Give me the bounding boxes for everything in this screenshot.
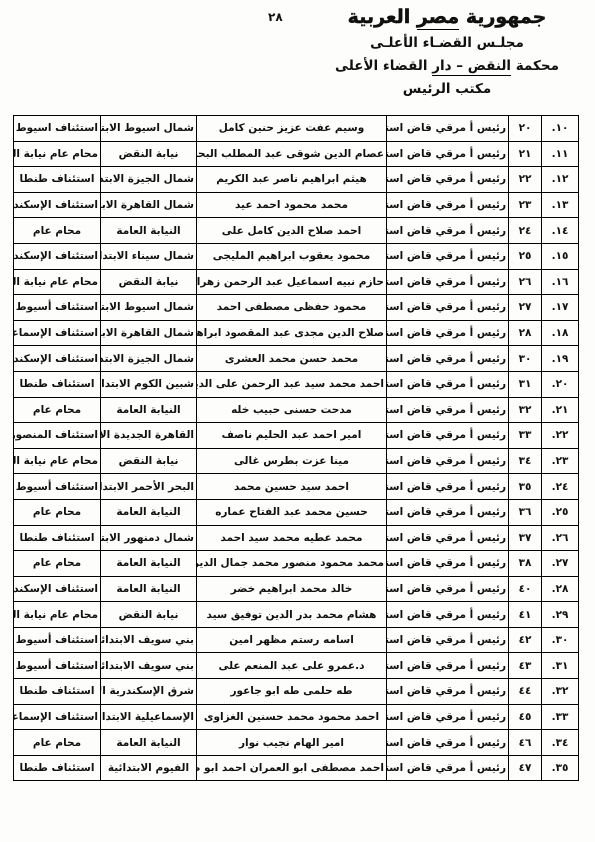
current-court-cell: نيابة النقض <box>101 448 197 474</box>
table-row: ١٢.٢٢رئيس أ مرقي قاض استئنافهيثم ابراهيم… <box>14 167 579 193</box>
serial-number-cell: ٢٠ <box>509 116 542 142</box>
assignment-cell: محام عام نيابة النقض <box>14 448 101 474</box>
current-court-cell: شمال الجيزة الابتدائية <box>101 346 197 372</box>
judges-table-body: ١٠.٢٠رئيس أ مرقي قاض استئنافوسيم عفت عزي… <box>14 116 579 781</box>
assignment-cell: استئناف طنطا <box>14 755 101 781</box>
table-row: ١٦.٢٦رئيس أ مرقي قاض استئنافحازم نبيه اس… <box>14 269 579 295</box>
rank-cell: رئيس أ مرقي قاض استئناف <box>387 474 509 500</box>
judge-name-cell: احمد محمود محمد حسنين الغزاوى <box>197 704 387 730</box>
assignment-cell: محام عام نيابة النقض <box>14 269 101 295</box>
row-number-cell: ١٥. <box>542 243 579 269</box>
document-page: ٢٨ جمهورية مصر العربية مجلـس القضـاء الأ… <box>0 0 595 842</box>
court-line-underlined: النقض – دار <box>432 58 511 76</box>
rank-cell: رئيس أ مرقي قاض استئناف <box>387 755 509 781</box>
court-line-part: القضاء الأعلى <box>335 58 432 74</box>
rank-cell: رئيس أ مرقي قاض استئناف <box>387 499 509 525</box>
row-number-cell: ٣٣. <box>542 704 579 730</box>
rank-cell: رئيس أ مرقي قاض استئناف <box>387 525 509 551</box>
judge-name-cell: محمود يعقوب ابراهيم المليجى <box>197 243 387 269</box>
current-court-cell: شمال سيناء الابتدائية <box>101 243 197 269</box>
row-number-cell: ٢٦. <box>542 525 579 551</box>
assignment-cell: محام عام <box>14 218 101 244</box>
assignment-cell: استئناف الإسكندرية <box>14 192 101 218</box>
table-row: ٣٢.٤٤رئيس أ مرقي قاض استئنافطه حلمى طه ا… <box>14 679 579 705</box>
republic-title-underlined: مصر <box>417 6 459 30</box>
row-number-cell: ١٨. <box>542 320 579 346</box>
table-row: ٢٢.٣٣رئيس أ مرقي قاض استئنافامير احمد عب… <box>14 423 579 449</box>
table-row: ١٣.٢٣رئيس أ مرقي قاض استئنافمحمد محمود ا… <box>14 192 579 218</box>
assignment-cell: محام عام نيابة النقض <box>14 602 101 628</box>
judge-name-cell: محمد محمود منصور محمد جمال الدين احمد <box>197 551 387 577</box>
row-number-cell: ١٦. <box>542 269 579 295</box>
judge-name-cell: حازم نبيه اسماعيل عبد الرحمن زهران <box>197 269 387 295</box>
assignment-cell: استئناف الإسكندرية <box>14 243 101 269</box>
current-court-cell: شبين الكوم الابتدائية <box>101 371 197 397</box>
rank-cell: رئيس أ مرقي قاض استئناف <box>387 269 509 295</box>
row-number-cell: ٢٠. <box>542 371 579 397</box>
office-line: مكتب الرئيس <box>313 81 581 97</box>
rank-cell: رئيس أ مرقي قاض استئناف <box>387 371 509 397</box>
judge-name-cell: احمد سيد حسين محمد <box>197 474 387 500</box>
judge-name-cell: صلاح الدين مجدى عبد المقصود ابراهيم الشا… <box>197 320 387 346</box>
judge-name-cell: هشام محمد بدر الدين توفيق سيد <box>197 602 387 628</box>
serial-number-cell: ٢٧ <box>509 295 542 321</box>
document-header: جمهورية مصر العربية مجلـس القضـاء الأعلـ… <box>313 6 581 97</box>
serial-number-cell: ٣٨ <box>509 551 542 577</box>
serial-number-cell: ٣٥ <box>509 474 542 500</box>
assignment-cell: استئناف طنطا <box>14 679 101 705</box>
judge-name-cell: حسين محمد عبد الفتاح عماره <box>197 499 387 525</box>
row-number-cell: ٣٥. <box>542 755 579 781</box>
serial-number-cell: ٤٥ <box>509 704 542 730</box>
table-row: ٢٣.٣٤رئيس أ مرقي قاض استئنافمينا عزت بطر… <box>14 448 579 474</box>
judge-name-cell: محمود حفظى مصطفى احمد <box>197 295 387 321</box>
assignment-cell: محام عام نيابة النقض <box>14 141 101 167</box>
assignment-cell: محام عام <box>14 551 101 577</box>
row-number-cell: ٣٢. <box>542 679 579 705</box>
current-court-cell: بني سويف الابتدائية <box>101 627 197 653</box>
rank-cell: رئيس أ مرقي قاض استئناف <box>387 167 509 193</box>
judge-name-cell: عصام الدين شوقى عبد المطلب البحراوى <box>197 141 387 167</box>
current-court-cell: نيابة النقض <box>101 269 197 295</box>
current-court-cell: النيابة العامة <box>101 730 197 756</box>
current-court-cell: نيابة النقض <box>101 141 197 167</box>
serial-number-cell: ٣٣ <box>509 423 542 449</box>
assignment-cell: استئناف الإسماعيلية <box>14 320 101 346</box>
table-row: ٢٥.٣٦رئيس أ مرقي قاض استئنافحسين محمد عب… <box>14 499 579 525</box>
judge-name-cell: وسيم عفت عزيز حنين كامل <box>197 116 387 142</box>
row-number-cell: ١١. <box>542 141 579 167</box>
current-court-cell: شرق الإسكندرية الابتدائية <box>101 679 197 705</box>
serial-number-cell: ٣١ <box>509 371 542 397</box>
assignment-cell: استئناف اسيوط <box>14 116 101 142</box>
rank-cell: رئيس أ مرقي قاض استئناف <box>387 116 509 142</box>
row-number-cell: ٣٠. <box>542 627 579 653</box>
assignment-cell: استئناف الإسكندرية <box>14 576 101 602</box>
rank-cell: رئيس أ مرقي قاض استئناف <box>387 704 509 730</box>
row-number-cell: ٢٢. <box>542 423 579 449</box>
republic-title-part: العربية <box>348 6 417 28</box>
rank-cell: رئيس أ مرقي قاض استئناف <box>387 730 509 756</box>
table-row: ١١.٢١رئيس أ مرقي قاض استئنافعصام الدين ش… <box>14 141 579 167</box>
assignment-cell: استئناف أسيوط <box>14 295 101 321</box>
row-number-cell: ٢١. <box>542 397 579 423</box>
assignment-cell: استئناف الإسكندرية <box>14 346 101 372</box>
current-court-cell: نيابة النقض <box>101 602 197 628</box>
current-court-cell: النيابة العامة <box>101 576 197 602</box>
table-row: ١٨.٢٨رئيس أ مرقي قاض استئنافصلاح الدين م… <box>14 320 579 346</box>
current-court-cell: شمال اسيوط الابتدائية <box>101 116 197 142</box>
judge-name-cell: خالد محمد ابراهيم خضر <box>197 576 387 602</box>
assignment-cell: محام عام <box>14 499 101 525</box>
republic-title: جمهورية مصر العربية <box>313 6 581 28</box>
judge-name-cell: محمد حسن محمد العشرى <box>197 346 387 372</box>
council-line: مجلـس القضـاء الأعلـى <box>313 35 581 51</box>
row-number-cell: ٢٤. <box>542 474 579 500</box>
republic-title-part: جمهورية <box>459 6 546 28</box>
serial-number-cell: ٤٠ <box>509 576 542 602</box>
table-row: ٢٩.٤١رئيس أ مرقي قاض استئنافهشام محمد بد… <box>14 602 579 628</box>
judge-name-cell: مدحت حسنى حبيب خله <box>197 397 387 423</box>
serial-number-cell: ٤٤ <box>509 679 542 705</box>
rank-cell: رئيس أ مرقي قاض استئناف <box>387 295 509 321</box>
table-row: ٢٤.٣٥رئيس أ مرقي قاض استئنافاحمد سيد حسي… <box>14 474 579 500</box>
rank-cell: رئيس أ مرقي قاض استئناف <box>387 551 509 577</box>
serial-number-cell: ٢٤ <box>509 218 542 244</box>
current-court-cell: النيابة العامة <box>101 218 197 244</box>
judge-name-cell: اسامه رستم مظهر امين <box>197 627 387 653</box>
judge-name-cell: محمد عطيه محمد سيد احمد <box>197 525 387 551</box>
table-row: ١٧.٢٧رئيس أ مرقي قاض استئنافمحمود حفظى م… <box>14 295 579 321</box>
serial-number-cell: ٤٦ <box>509 730 542 756</box>
current-court-cell: النيابة العامة <box>101 551 197 577</box>
page-number: ٢٨ <box>268 10 283 24</box>
rank-cell: رئيس أ مرقي قاض استئناف <box>387 627 509 653</box>
row-number-cell: ١٧. <box>542 295 579 321</box>
current-court-cell: شمال القاهرة الابتدائية <box>101 320 197 346</box>
table-row: ٣٣.٤٥رئيس أ مرقي قاض استئنافاحمد محمود م… <box>14 704 579 730</box>
serial-number-cell: ٣٦ <box>509 499 542 525</box>
table-row: ٣٠.٤٢رئيس أ مرقي قاض استئنافاسامه رستم م… <box>14 627 579 653</box>
row-number-cell: ٢٩. <box>542 602 579 628</box>
assignment-cell: استئناف طنطا <box>14 525 101 551</box>
current-court-cell: القاهرة الجديدة الابتدائية <box>101 423 197 449</box>
serial-number-cell: ٤٣ <box>509 653 542 679</box>
judge-name-cell: امير احمد عبد الحليم ناصف <box>197 423 387 449</box>
rank-cell: رئيس أ مرقي قاض استئناف <box>387 448 509 474</box>
court-line-part: محكمة <box>511 58 559 74</box>
serial-number-cell: ٤٧ <box>509 755 542 781</box>
table-row: ٣٤.٤٦رئيس أ مرقي قاض استئنافامير الهام ن… <box>14 730 579 756</box>
assignment-cell: استئناف أسيوط <box>14 627 101 653</box>
rank-cell: رئيس أ مرقي قاض استئناف <box>387 423 509 449</box>
current-court-cell: شمال اسيوط الابتدائية <box>101 295 197 321</box>
rank-cell: رئيس أ مرقي قاض استئناف <box>387 679 509 705</box>
judges-table: ١٠.٢٠رئيس أ مرقي قاض استئنافوسيم عفت عزي… <box>13 115 579 781</box>
judge-name-cell: هيثم ابراهيم ناصر عبد الكريم <box>197 167 387 193</box>
rank-cell: رئيس أ مرقي قاض استئناف <box>387 243 509 269</box>
assignment-cell: استئناف طنطا <box>14 167 101 193</box>
judge-name-cell: مينا عزت بطرس غالى <box>197 448 387 474</box>
row-number-cell: ٢٨. <box>542 576 579 602</box>
row-number-cell: ١٠. <box>542 116 579 142</box>
current-court-cell: بني سويف الابتدائية <box>101 653 197 679</box>
serial-number-cell: ٢٢ <box>509 167 542 193</box>
assignment-cell: استئناف المنصورة <box>14 423 101 449</box>
rank-cell: رئيس أ مرقي قاض استئناف <box>387 397 509 423</box>
table-row: ٢١.٣٢رئيس أ مرقي قاض استئنافمدحت حسنى حب… <box>14 397 579 423</box>
assignment-cell: محام عام <box>14 397 101 423</box>
serial-number-cell: ٣٠ <box>509 346 542 372</box>
row-number-cell: ٢٥. <box>542 499 579 525</box>
judge-name-cell: طه حلمى طه ابو جاعور <box>197 679 387 705</box>
table-row: ١٩.٣٠رئيس أ مرقي قاض استئنافمحمد حسن محم… <box>14 346 579 372</box>
table-row: ١٠.٢٠رئيس أ مرقي قاض استئنافوسيم عفت عزي… <box>14 116 579 142</box>
rank-cell: رئيس أ مرقي قاض استئناف <box>387 192 509 218</box>
serial-number-cell: ٣٧ <box>509 525 542 551</box>
judge-name-cell: د.عمرو على عبد المنعم على <box>197 653 387 679</box>
table-row: ٣١.٤٣رئيس أ مرقي قاض استئنافد.عمرو على ع… <box>14 653 579 679</box>
rank-cell: رئيس أ مرقي قاض استئناف <box>387 141 509 167</box>
table-row: ٢٧.٣٨رئيس أ مرقي قاض استئنافمحمد محمود م… <box>14 551 579 577</box>
row-number-cell: ٢٧. <box>542 551 579 577</box>
current-court-cell: البحر الأحمر الابتدائية <box>101 474 197 500</box>
rank-cell: رئيس أ مرقي قاض استئناف <box>387 218 509 244</box>
rank-cell: رئيس أ مرقي قاض استئناف <box>387 576 509 602</box>
current-court-cell: الإسماعيلية الابتدائية <box>101 704 197 730</box>
serial-number-cell: ٢١ <box>509 141 542 167</box>
row-number-cell: ١٢. <box>542 167 579 193</box>
assignment-cell: محام عام <box>14 730 101 756</box>
current-court-cell: النيابة العامة <box>101 499 197 525</box>
table-row: ٢٠.٣١رئيس أ مرقي قاض استئنافاحمد محمد سي… <box>14 371 579 397</box>
assignment-cell: استئناف طنطا <box>14 371 101 397</box>
rank-cell: رئيس أ مرقي قاض استئناف <box>387 346 509 372</box>
current-court-cell: شمال الجيزة الابتدائية <box>101 167 197 193</box>
serial-number-cell: ٢٥ <box>509 243 542 269</box>
table-row: ٢٦.٣٧رئيس أ مرقي قاض استئنافمحمد عطيه مح… <box>14 525 579 551</box>
judge-name-cell: محمد محمود احمد عيد <box>197 192 387 218</box>
assignment-cell: استئناف أسيوط منتدب <box>14 653 101 679</box>
row-number-cell: ٣١. <box>542 653 579 679</box>
table-row: ١٥.٢٥رئيس أ مرقي قاض استئنافمحمود يعقوب … <box>14 243 579 269</box>
serial-number-cell: ٣٤ <box>509 448 542 474</box>
serial-number-cell: ٤١ <box>509 602 542 628</box>
assignment-cell: استئناف الإسماعيلية <box>14 704 101 730</box>
assignment-cell: استئناف أسيوط <box>14 474 101 500</box>
serial-number-cell: ٢٦ <box>509 269 542 295</box>
current-court-cell: شمال دمنهور الابتدائية <box>101 525 197 551</box>
rank-cell: رئيس أ مرقي قاض استئناف <box>387 602 509 628</box>
rank-cell: رئيس أ مرقي قاض استئناف <box>387 320 509 346</box>
table-row: ٢٨.٤٠رئيس أ مرقي قاض استئنافخالد محمد اب… <box>14 576 579 602</box>
row-number-cell: ١٣. <box>542 192 579 218</box>
table-row: ١٤.٢٤رئيس أ مرقي قاض استئنافاحمد صلاح ال… <box>14 218 579 244</box>
row-number-cell: ١٩. <box>542 346 579 372</box>
rank-cell: رئيس أ مرقي قاض استئناف <box>387 653 509 679</box>
judge-name-cell: احمد صلاح الدين كامل على <box>197 218 387 244</box>
current-court-cell: الفيوم الابتدائية <box>101 755 197 781</box>
table-row: ٣٥.٤٧رئيس أ مرقي قاض استئنافاحمد مصطفى ا… <box>14 755 579 781</box>
serial-number-cell: ٤٢ <box>509 627 542 653</box>
current-court-cell: النيابة العامة <box>101 397 197 423</box>
current-court-cell: شمال القاهرة الابتدائية <box>101 192 197 218</box>
row-number-cell: ١٤. <box>542 218 579 244</box>
judge-name-cell: احمد مصطفى ابو العمران احمد ابو طالب <box>197 755 387 781</box>
row-number-cell: ٣٤. <box>542 730 579 756</box>
judge-name-cell: احمد محمد سيد عبد الرحمن على الدين <box>197 371 387 397</box>
court-line: محكمة النقض – دار القضاء الأعلى <box>313 58 581 74</box>
serial-number-cell: ٢٣ <box>509 192 542 218</box>
serial-number-cell: ٣٢ <box>509 397 542 423</box>
row-number-cell: ٢٣. <box>542 448 579 474</box>
judge-name-cell: امير الهام نجيب نوار <box>197 730 387 756</box>
serial-number-cell: ٢٨ <box>509 320 542 346</box>
